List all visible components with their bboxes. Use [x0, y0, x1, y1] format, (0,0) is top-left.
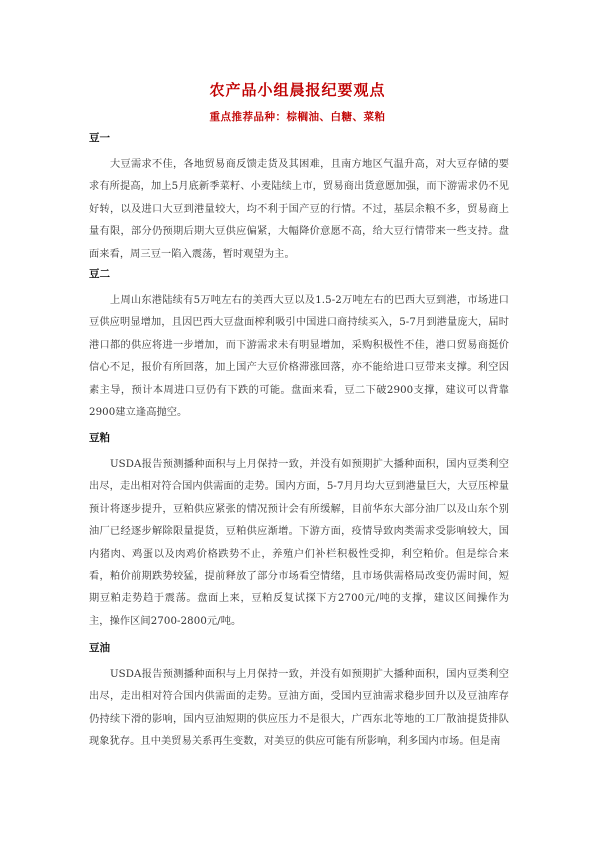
- section-heading: 豆油: [89, 640, 509, 664]
- document-title: 农产品小组晨报纪要观点: [0, 79, 595, 100]
- section-soybean-meal: 豆粕 USDA报告预测播种面积与上月保持一致，并没有如预期扩大播种面积，国内豆类…: [89, 430, 509, 633]
- section-soybean-1: 豆一 大豆需求不佳，各地贸易商反馈走货及其困难，且南方地区气温升高，对大豆存储的…: [89, 130, 509, 266]
- document-page: 农产品小组晨报纪要观点 重点推荐品种：棕榈油、白糖、菜粕 豆一 大豆需求不佳，各…: [0, 0, 595, 842]
- section-heading: 豆一: [89, 130, 509, 154]
- section-body: 上周山东港陆续有5万吨左右的美西大豆以及1.5-2万吨左右的巴西大豆到港，市场进…: [89, 290, 509, 424]
- section-soybean-2: 豆二 上周山东港陆续有5万吨左右的美西大豆以及1.5-2万吨左右的巴西大豆到港，…: [89, 266, 509, 424]
- recommended-varieties: 重点推荐品种：棕榈油、白糖、菜粕: [0, 109, 595, 124]
- section-body: USDA报告预测播种面积与上月保持一致，并没有如预期扩大播种面积，国内豆类利空出…: [89, 664, 509, 754]
- section-heading: 豆二: [89, 266, 509, 290]
- section-heading: 豆粕: [89, 430, 509, 454]
- section-body: 大豆需求不佳，各地贸易商反馈走货及其困难，且南方地区气温升高，对大豆存储的要求有…: [89, 154, 509, 266]
- section-body: USDA报告预测播种面积与上月保持一致，并没有如预期扩大播种面积，国内豆类利空出…: [89, 454, 509, 633]
- section-soybean-oil: 豆油 USDA报告预测播种面积与上月保持一致，并没有如预期扩大播种面积，国内豆类…: [89, 640, 509, 754]
